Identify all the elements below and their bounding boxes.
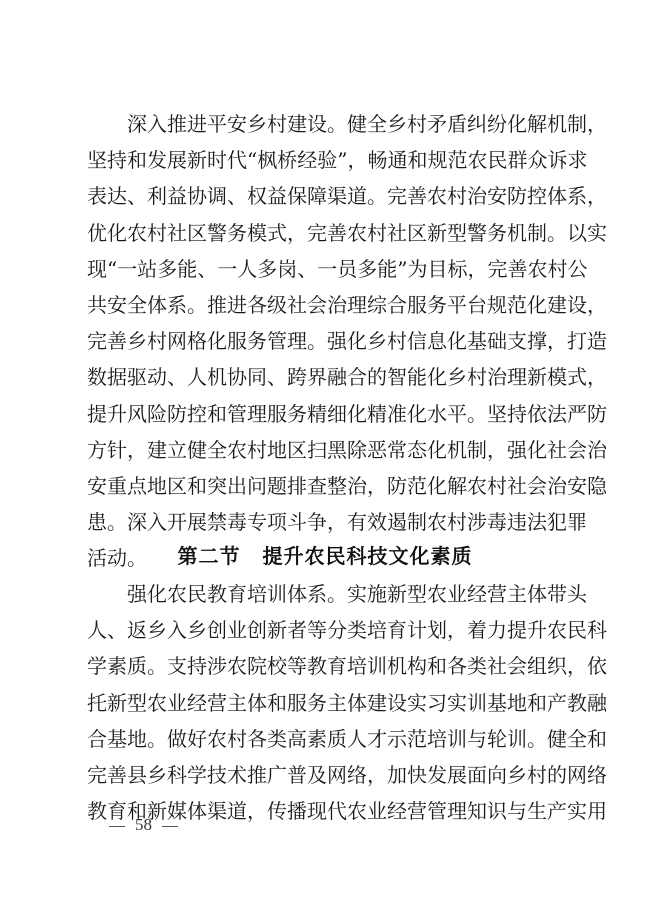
text-line: 数据驱动、人机协同、跨界融合的智能化乡村治理新模式， <box>87 359 567 395</box>
text-line: 人、返乡入乡创业创新者等分类培育计划，着力提升农民科 <box>87 612 567 648</box>
section-number: 第二节 <box>178 544 241 568</box>
text-line: 方针，建立健全农村地区扫黑除恶常态化机制，强化社会治 <box>87 432 567 468</box>
section-heading: 第二节提升农民科技文化素质 <box>0 538 650 574</box>
text-line: 深入推进平安乡村建设。健全乡村矛盾纠纷化解机制， <box>87 106 567 142</box>
text-line: 完善县乡科学技术推广普及网络，加快发展面向乡村的网络 <box>87 757 567 793</box>
page-number: 58 <box>99 813 188 837</box>
text-line: 共安全体系。推进各级社会治理综合服务平台规范化建设， <box>87 287 567 323</box>
text-line: 托新型农业经营主体和服务主体建设实习实训基地和产教融 <box>87 685 567 721</box>
text-line: 优化农村社区警务模式，完善农村社区新型警务机制。以实 <box>87 215 567 251</box>
text-line: 现“一站多能、一人多岗、一员多能”为目标，完善农村公 <box>87 251 567 287</box>
dash-right <box>162 826 178 827</box>
text-line: 强化农民教育培训体系。实施新型农业经营主体带头 <box>87 576 567 612</box>
page-number-value: 58 <box>135 815 152 834</box>
text-line: 坚持和发展新时代“枫桥经验”，畅通和规范农民群众诉求 <box>87 142 567 178</box>
text-line: 提升风险防控和管理服务精细化精准化水平。坚持依法严防 <box>87 396 567 432</box>
section-title: 提升农民科技文化素质 <box>263 544 473 568</box>
paragraph-safe-villages: 深入推进平安乡村建设。健全乡村矛盾纠纷化解机制， 坚持和发展新时代“枫桥经验”，… <box>87 106 567 576</box>
document-page: 深入推进平安乡村建设。健全乡村矛盾纠纷化解机制， 坚持和发展新时代“枫桥经验”，… <box>0 0 650 919</box>
text-line: 表达、利益协调、权益保障渠道。完善农村治安防控体系， <box>87 178 567 214</box>
text-line: 完善乡村网格化服务管理。强化乡村信息化基础支撑，打造 <box>87 323 567 359</box>
dash-left <box>109 826 125 827</box>
text-line: 学素质。支持涉农院校等教育培训机构和各类社会组织，依 <box>87 648 567 684</box>
text-line: 患。深入开展禁毒专项斗争，有效遏制农村涉毒违法犯罪 <box>87 504 567 540</box>
text-line: 合基地。做好农村各类高素质人才示范培训与轮训。健全和 <box>87 721 567 757</box>
paragraph-farmer-education: 强化农民教育培训体系。实施新型农业经营主体带头 人、返乡入乡创业创新者等分类培育… <box>87 576 567 829</box>
text-line: 安重点地区和突出问题排查整治，防范化解农村社会治安隐 <box>87 468 567 504</box>
